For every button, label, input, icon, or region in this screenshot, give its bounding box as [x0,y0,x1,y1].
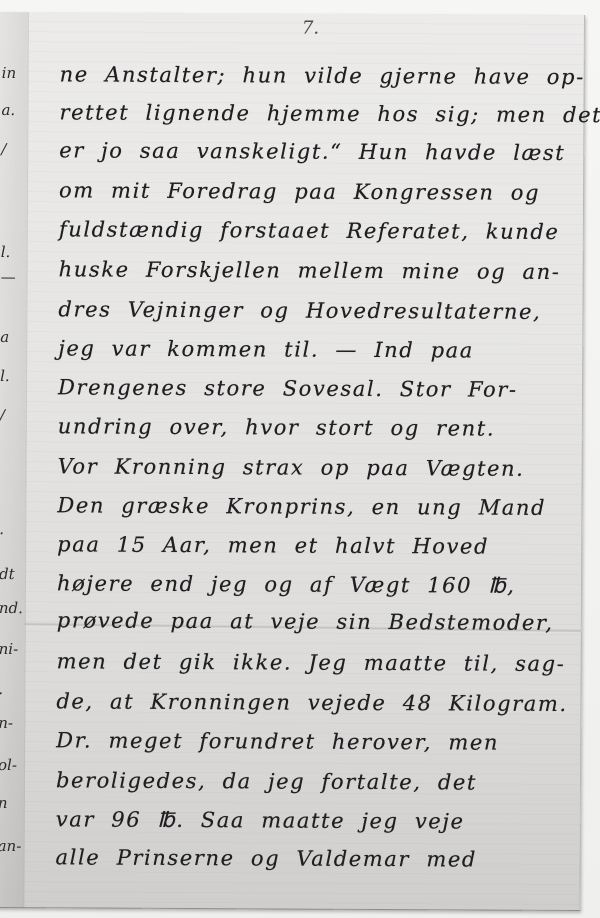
margin-fragment: ol- [0,756,17,774]
handwritten-line: prøvede paa at veje sin Bedstemoder, [57,608,577,635]
handwritten-line: ne Anstalter; hun vilde gjerne have op- [60,62,580,89]
margin-fragment: l. [0,367,10,385]
handwritten-line: de, at Kronningen vejede 48 Kilogram. [56,689,576,716]
margin-fragment: . [0,520,4,538]
handwritten-line: paa 15 Aar, men et halvt Hoved [57,532,577,559]
handwritten-line: men det gik ikke. Jeg maatte til, sag- [57,649,577,676]
margin-fragment: in [2,64,17,82]
margin-fragment: . [0,680,3,698]
handwritten-line: alle Prinserne og Valdemar med [56,845,576,872]
handwritten-line: beroligedes, da jeg fortalte, det [56,768,576,795]
page-number: 7. [302,18,319,39]
handwritten-line: om mit Foredrag paa Kongressen og [59,178,579,205]
margin-fragment: ni- [0,640,18,658]
margin-fragment: / [1,140,6,158]
handwritten-line: dres Vejninger og Hovedresultaterne, [58,297,578,324]
margin-fragment: / [0,406,5,424]
margin-fragment: nd. [0,599,23,617]
handwritten-line: var 96 ℔. Saa maatte jeg veje [56,807,576,834]
handwritten-line: Drengenes store Sovesal. Stor For- [58,375,578,402]
margin-fragment: n- [0,714,13,732]
margin-fragment: — [1,268,16,286]
margin-fragment: a [0,328,9,346]
handwritten-line: er jo saa vanskeligt.“ Hun havde læst [59,138,579,165]
margin-fragment: an- [0,837,21,855]
margin-fragment: n [0,794,8,812]
manuscript-page: 7. ina./l.—al./.dtnd.ni-.n-ol-nan- ne An… [0,12,585,911]
handwritten-line: Dr. meget forundret herover, men [56,728,576,755]
handwritten-line: Den græske Kronprins, en ung Mand [57,493,577,520]
handwritten-line: højere end jeg og af Vægt 160 ℔, [57,571,577,598]
handwritten-line: huske Forskjellen mellem mine og an- [59,257,579,284]
handwritten-line: undring over, hvor stort og rent. [58,414,578,441]
handwritten-line: fuldstændig forstaaet Referatet, kunde [59,217,579,244]
handwritten-line: rettet lignende hjemme hos sig; men det [59,100,579,127]
margin-fragment: l. [1,243,11,261]
margin-fragment: a. [1,101,15,119]
handwritten-line: jeg var kommen til. — Ind paa [58,336,578,363]
margin-fragment: dt [0,565,15,583]
handwritten-line: Vor Kronning strax op paa Vægten. [58,454,578,481]
